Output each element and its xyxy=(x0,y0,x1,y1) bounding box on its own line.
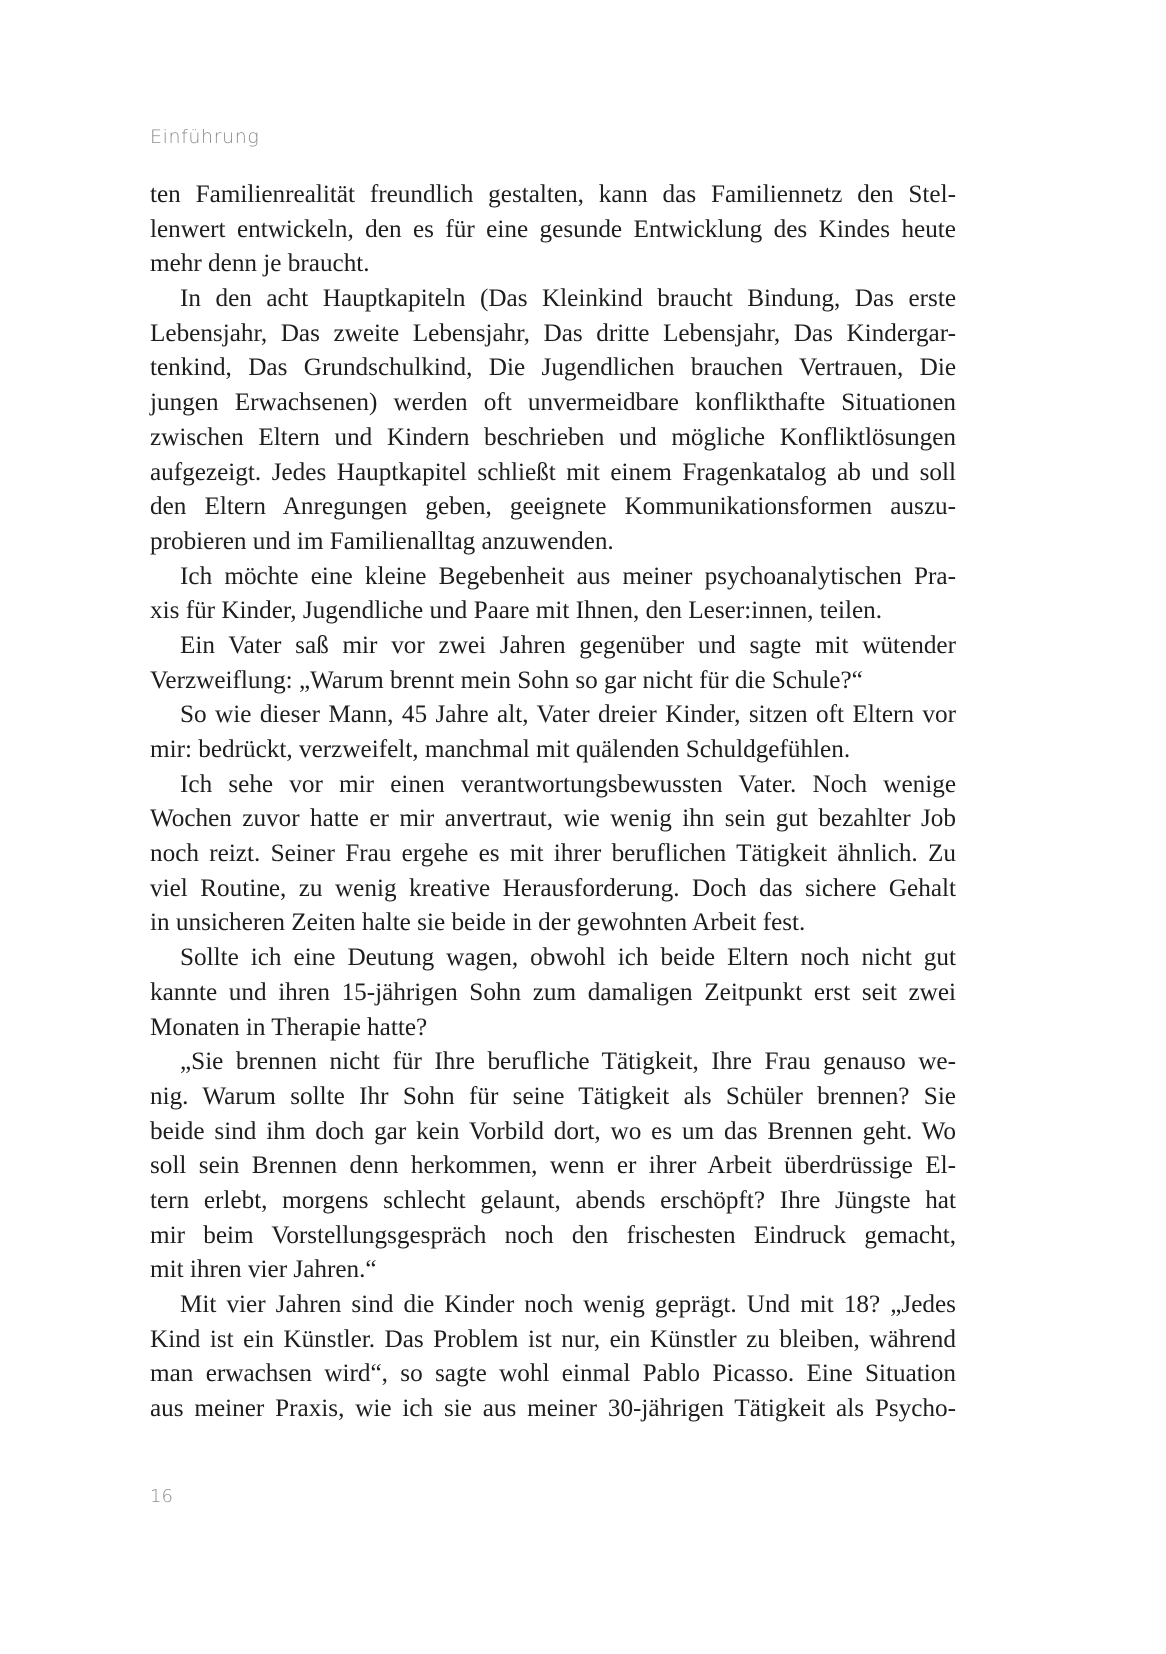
text-line: soll sein Brennen denn herkommen, wenn e… xyxy=(150,1149,956,1184)
text-line: beide sind ihm doch gar kein Vorbild dor… xyxy=(150,1115,956,1150)
text-line: mehr denn je braucht. xyxy=(150,247,956,282)
text-line: noch reizt. Seiner Frau ergehe es mit ih… xyxy=(150,837,956,872)
text-line: „Sie brennen nicht für Ihre berufliche T… xyxy=(150,1045,956,1080)
text-line: lenwert entwickeln, den es für eine gesu… xyxy=(150,213,956,248)
text-line: So wie dieser Mann, 45 Jahre alt, Vater … xyxy=(150,698,956,733)
text-line: probieren und im Familienalltag anzuwend… xyxy=(150,525,956,560)
text-line: Wochen zuvor hatte er mir anvertraut, wi… xyxy=(150,802,956,837)
book-page: Einführung ten Familienrealität freundli… xyxy=(0,0,1166,1654)
text-line: Mit vier Jahren sind die Kinder noch wen… xyxy=(150,1288,956,1323)
text-line: jungen Erwachsenen) werden oft unvermeid… xyxy=(150,386,956,421)
text-line: Sollte ich eine Deutung wagen, obwohl ic… xyxy=(150,941,956,976)
text-line: ten Familienrealität freundlich gestalte… xyxy=(150,178,956,213)
text-line: Ein Vater saß mir vor zwei Jahren gegenü… xyxy=(150,629,956,664)
body-text: ten Familienrealität freundlich gestalte… xyxy=(150,178,956,1427)
text-line: tenkind, Das Grundschulkind, Die Jugendl… xyxy=(150,351,956,386)
text-line: mit ihren vier Jahren.“ xyxy=(150,1253,956,1288)
text-line: man erwachsen wird“, so sagte wohl einma… xyxy=(150,1357,956,1392)
text-line: Ich möchte eine kleine Begebenheit aus m… xyxy=(150,560,956,595)
text-line: Verzweiflung: „Warum brennt mein Sohn so… xyxy=(150,664,956,699)
text-line: Kind ist ein Künstler. Das Problem ist n… xyxy=(150,1323,956,1358)
text-line: den Eltern Anregungen geben, geeignete K… xyxy=(150,490,956,525)
text-line: zwischen Eltern und Kindern beschrieben … xyxy=(150,421,956,456)
text-line: nig. Warum sollte Ihr Sohn für seine Tät… xyxy=(150,1080,956,1115)
text-line: xis für Kinder, Jugendliche und Paare mi… xyxy=(150,594,956,629)
text-line: Ich sehe vor mir einen verantwortungsbew… xyxy=(150,768,956,803)
text-line: aus meiner Praxis, wie ich sie aus meine… xyxy=(150,1392,956,1427)
running-head: Einführung xyxy=(150,126,259,148)
text-line: mir beim Vorstellungsgespräch noch den f… xyxy=(150,1219,956,1254)
text-line: Monaten in Therapie hatte? xyxy=(150,1011,956,1046)
page-number: 16 xyxy=(150,1486,173,1507)
text-line: Lebensjahr, Das zweite Lebensjahr, Das d… xyxy=(150,317,956,352)
text-line: viel Routine, zu wenig kreative Herausfo… xyxy=(150,872,956,907)
text-line: mir: bedrückt, verzweifelt, manchmal mit… xyxy=(150,733,956,768)
text-line: kannte und ihren 15-jährigen Sohn zum da… xyxy=(150,976,956,1011)
text-line: In den acht Hauptkapiteln (Das Kleinkind… xyxy=(150,282,956,317)
text-line: in unsicheren Zeiten halte sie beide in … xyxy=(150,906,956,941)
text-line: aufgezeigt. Jedes Hauptkapitel schließt … xyxy=(150,456,956,491)
text-line: tern erlebt, morgens schlecht gelaunt, a… xyxy=(150,1184,956,1219)
